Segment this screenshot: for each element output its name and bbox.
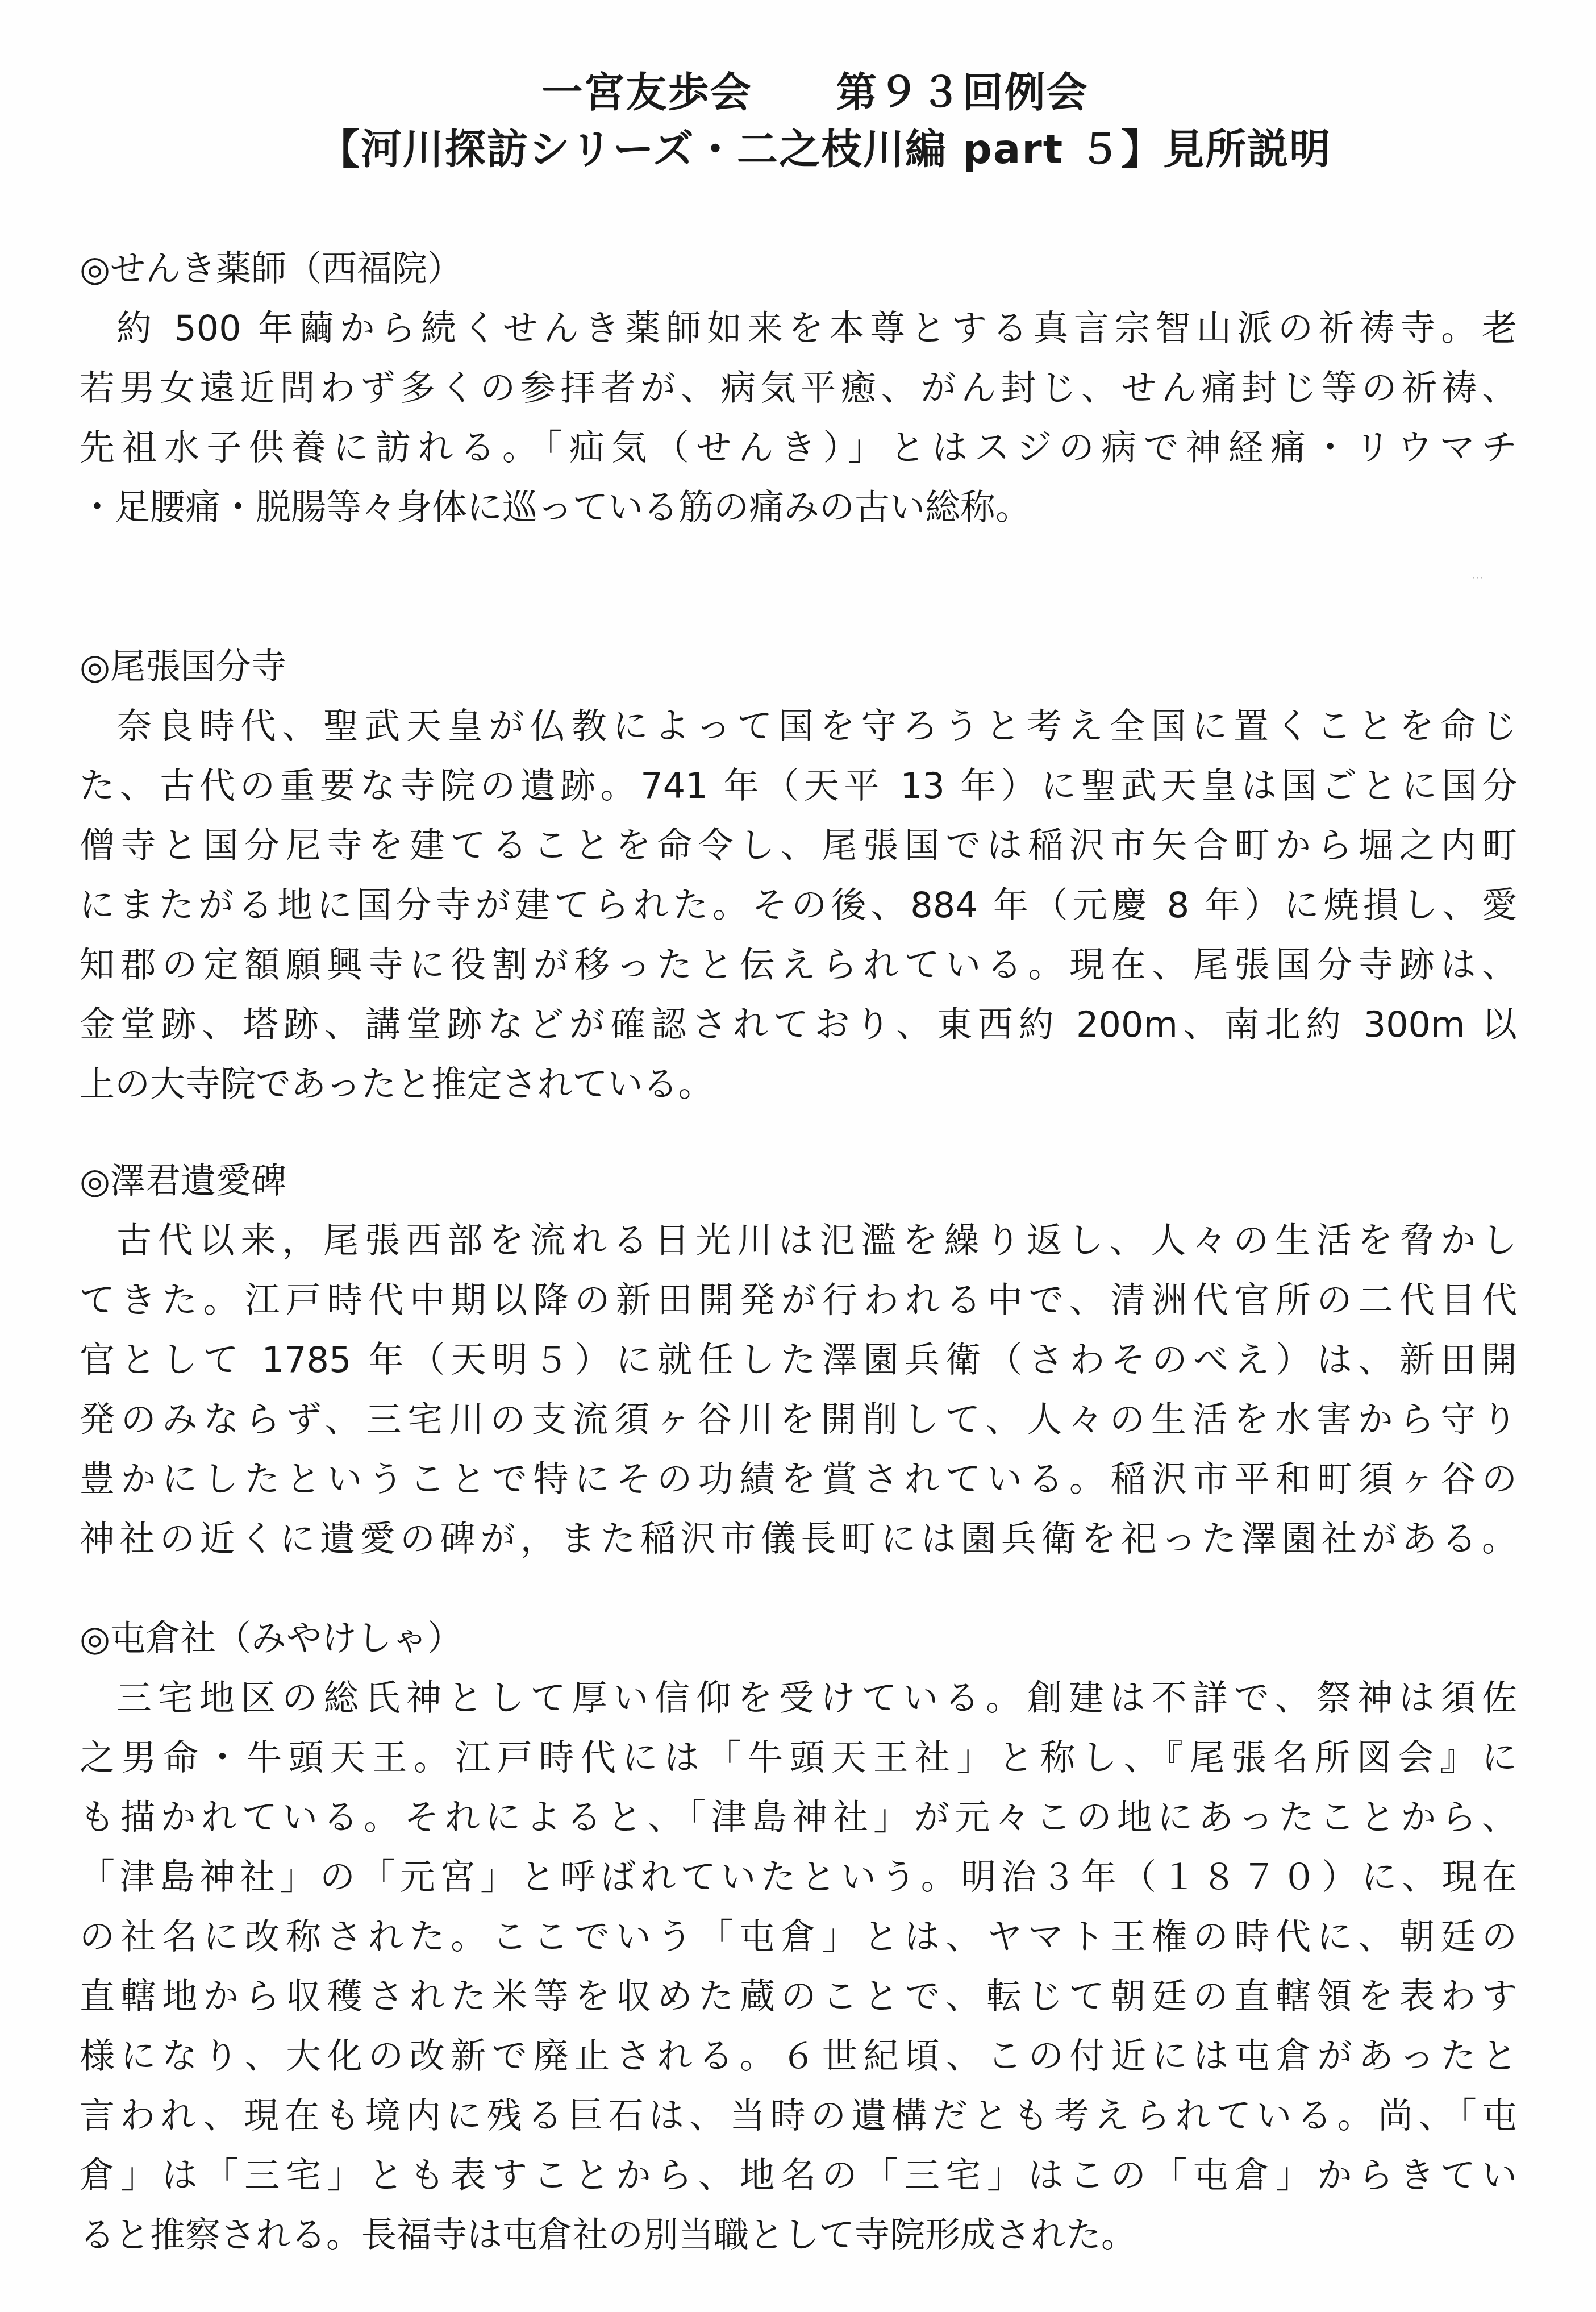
section-heading-sawakun-iaihi: ◎澤君遺愛碑 bbox=[80, 1155, 286, 1207]
paragraph-line: 官として 1785 年（天明５）に就任した澤園兵衛（さわそのべえ）は、新田開 bbox=[80, 1334, 1517, 1386]
paragraph-line: も描かれている。それによると、「津島神社」が元々この地にあったことから、 bbox=[80, 1792, 1517, 1843]
paragraph-line: の社名に改称された。ここでいう「屯倉」とは、ヤマト王権の時代に、朝廷の bbox=[80, 1911, 1517, 1962]
paragraph-line: 約 500 年繭から続くせんき薬師如来を本尊とする真言宗智山派の祈祷寺。老 bbox=[116, 303, 1517, 354]
paragraph-line: 先祖水子供養に訪れる。「疝気（せんき）」とはスジの病で神経痛・リウマチ bbox=[80, 422, 1517, 473]
paragraph-line: 豊かにしたということで特にその功績を賞されている。稲沢市平和町須ヶ谷の bbox=[80, 1454, 1517, 1505]
page-title: 一宮友歩会 第９３回例会 bbox=[0, 64, 1596, 120]
section-heading-senki-yakushi: ◎せんき薬師（西福院） bbox=[80, 243, 462, 294]
paragraph-line: 発のみならず、三宅川の支流須ヶ谷川を開削して、人々の生活を水害から守り bbox=[80, 1394, 1517, 1445]
paragraph-line: ると推察される。長福寺は屯倉社の別当職として寺院形成された。 bbox=[80, 2210, 1517, 2261]
paragraph-line: 倉」は「三宅」とも表すことから、地名の「三宅」はこの「屯倉」からきてい bbox=[80, 2150, 1517, 2201]
paragraph-line: 僧寺と国分尼寺を建てることを命令し、尾張国では稲沢市矢合町から堀之内町 bbox=[80, 820, 1517, 871]
paragraph-line: た、古代の重要な寺院の遺跡。741 年（天平 13 年）に聖武天皇は国ごとに国分 bbox=[80, 760, 1517, 812]
paragraph-line: 之男命・牛頭天王。江戸時代には「牛頭天王社」と称し、『尾張名所図会』に bbox=[80, 1732, 1517, 1783]
document-page: 一宮友歩会 第９３回例会 【河川探訪シリーズ・二之枝川編 part ５】見所説明… bbox=[0, 0, 1596, 2312]
paragraph-line: 奈良時代、聖武天皇が仏教によって国を守ろうと考え全国に置くことを命じ bbox=[116, 701, 1517, 752]
paragraph-line: 言われ、現在も境内に残る巨石は、当時の遺構だとも考えられている。尚、「屯 bbox=[80, 2090, 1517, 2141]
paragraph-line: 「津島神社」の「元宮」と呼ばれていたという。明治３年（１８７０）に、現在 bbox=[80, 1852, 1517, 1903]
paragraph-line: 知郡の定額願興寺に役割が移ったと伝えられている。現在、尾張国分寺跡は、 bbox=[80, 939, 1517, 991]
page-subtitle: 【河川探訪シリーズ・二之枝川編 part ５】見所説明 bbox=[0, 120, 1596, 177]
paragraph-line: ・足腰痛・脱腸等々身体に巡っている筋の痛みの古い総称。 bbox=[80, 482, 1517, 533]
paragraph-line: 直轄地から収穫された米等を収めた蔵のことで、転じて朝廷の直轄領を表わす bbox=[80, 1971, 1517, 2022]
paragraph-line: 神社の近くに遺愛の碑が，また稲沢市儀長町には園兵衛を祀った澤園社がある。 bbox=[80, 1513, 1517, 1565]
paragraph-line: 三宅地区の総氏神として厚い信仰を受けている。創建は不詳で、祭神は須佐 bbox=[116, 1673, 1517, 1724]
scan-speck: ･･･ bbox=[1472, 574, 1494, 582]
paragraph-line: 金堂跡、塔跡、講堂跡などが確認されており、東西約 200m、南北約 300m 以 bbox=[80, 999, 1517, 1050]
paragraph-line: てきた。江戸時代中期以降の新田開発が行われる中で、清洲代官所の二代目代 bbox=[80, 1275, 1517, 1326]
paragraph-line: 古代以来，尾張西部を流れる日光川は氾濫を繰り返し、人々の生活を脅かし bbox=[116, 1215, 1517, 1266]
section-heading-miyakesha: ◎屯倉社（みやけしゃ） bbox=[80, 1613, 462, 1664]
section-heading-owari-kokubunji: ◎尾張国分寺 bbox=[80, 641, 286, 692]
paragraph-line: にまたがる地に国分寺が建てられた。その後、884 年（元慶 8 年）に焼損し、愛 bbox=[80, 880, 1517, 931]
paragraph-line: 様になり、大化の改新で廃止される。６世紀頃、この付近には屯倉があったと bbox=[80, 2031, 1517, 2082]
paragraph-line: 若男女遠近問わず多くの参拝者が、病気平癒、がん封じ、せん痛封じ等の祈祷、 bbox=[80, 363, 1517, 414]
paragraph-line: 上の大寺院であったと推定されている。 bbox=[80, 1059, 1517, 1110]
